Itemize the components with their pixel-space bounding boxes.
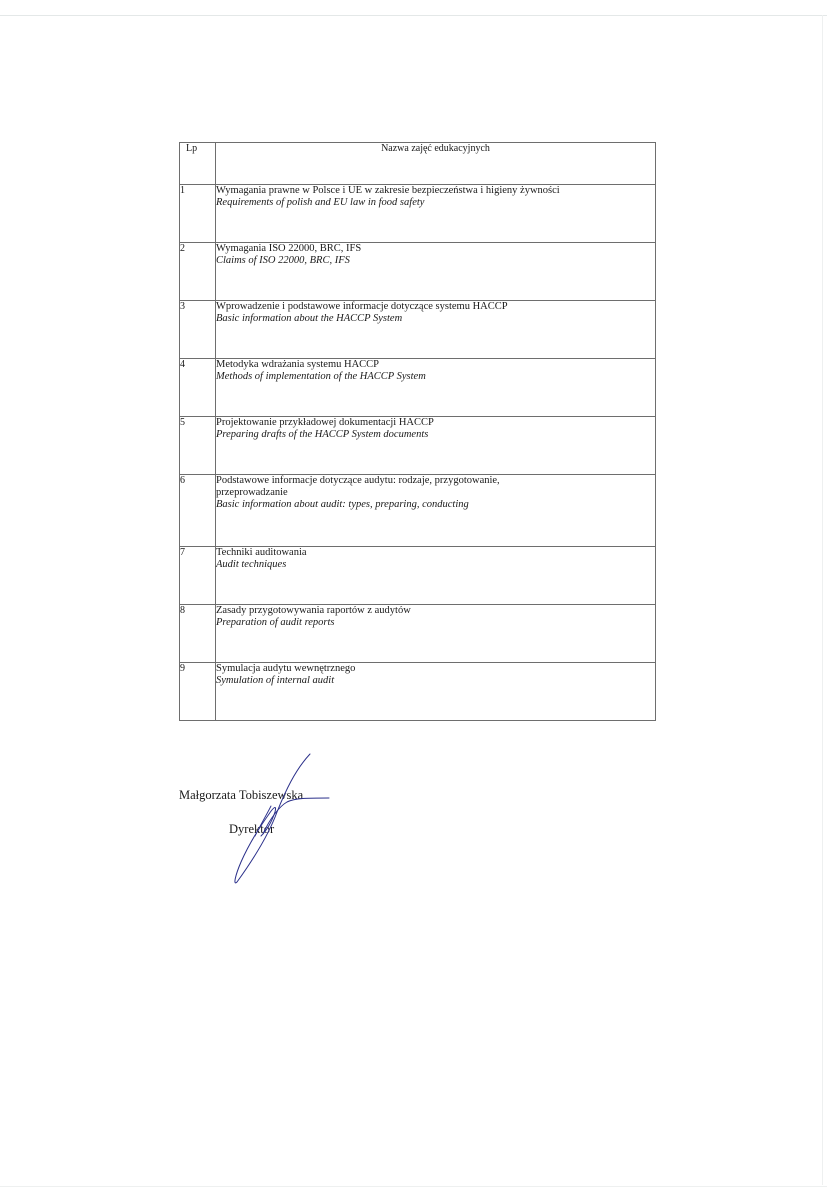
course-name-pl: Techniki auditowania xyxy=(216,547,655,559)
header-course-name: Nazwa zajęć edukacyjnych xyxy=(216,143,656,185)
course-cell: Wymagania ISO 22000, BRC, IFS Claims of … xyxy=(216,243,656,301)
table-row: 9 Symulacja audytu wewnętrznego Symulati… xyxy=(180,663,656,721)
scan-edge-top xyxy=(0,15,827,16)
header-lp: Lp xyxy=(180,143,216,185)
course-cell: Techniki auditowania Audit techniques xyxy=(216,547,656,605)
course-name-pl: Metodyka wdrażania systemu HACCP xyxy=(216,359,655,371)
row-number: 3 xyxy=(180,301,216,359)
course-cell: Metodyka wdrażania systemu HACCP Methods… xyxy=(216,359,656,417)
row-number: 2 xyxy=(180,243,216,301)
table-row: 1 Wymagania prawne w Polsce i UE w zakre… xyxy=(180,185,656,243)
table-row: 6 Podstawowe informacje dotyczące audytu… xyxy=(180,475,656,547)
table-row: 3 Wprowadzenie i podstawowe informacje d… xyxy=(180,301,656,359)
course-name-pl: Symulacja audytu wewnętrznego xyxy=(216,663,655,675)
course-name-en: Preparing drafts of the HACCP System doc… xyxy=(216,429,655,441)
course-name-en: Requirements of polish and EU law in foo… xyxy=(216,197,655,209)
course-name-en: Audit techniques xyxy=(216,559,655,571)
course-cell: Podstawowe informacje dotyczące audytu: … xyxy=(216,475,656,547)
table-row: 4 Metodyka wdrażania systemu HACCP Metho… xyxy=(180,359,656,417)
course-name-pl: Wymagania ISO 22000, BRC, IFS xyxy=(216,243,655,255)
course-cell: Projektowanie przykładowej dokumentacji … xyxy=(216,417,656,475)
course-name-pl: Projektowanie przykładowej dokumentacji … xyxy=(216,417,655,429)
courses-table: Lp Nazwa zajęć edukacyjnych 1 Wymagania … xyxy=(179,142,656,721)
course-name-en: Basic information about the HACCP System xyxy=(216,313,655,325)
course-name-en: Preparation of audit reports xyxy=(216,617,655,629)
course-cell: Symulacja audytu wewnętrznego Symulation… xyxy=(216,663,656,721)
row-number: 7 xyxy=(180,547,216,605)
row-number: 8 xyxy=(180,605,216,663)
handwritten-signature-icon xyxy=(225,752,335,887)
course-name-pl: Wymagania prawne w Polsce i UE w zakresi… xyxy=(216,185,655,197)
course-cell: Zasady przygotowywania raportów z audytó… xyxy=(216,605,656,663)
row-number: 1 xyxy=(180,185,216,243)
table-row: 8 Zasady przygotowywania raportów z audy… xyxy=(180,605,656,663)
course-cell: Wprowadzenie i podstawowe informacje dot… xyxy=(216,301,656,359)
course-cell: Wymagania prawne w Polsce i UE w zakresi… xyxy=(216,185,656,243)
course-name-pl: Wprowadzenie i podstawowe informacje dot… xyxy=(216,301,655,313)
table-row: 2 Wymagania ISO 22000, BRC, IFS Claims o… xyxy=(180,243,656,301)
table-row: 7 Techniki auditowania Audit techniques xyxy=(180,547,656,605)
row-number: 6 xyxy=(180,475,216,547)
scan-edge-bottom xyxy=(0,1186,827,1187)
course-name-pl: Podstawowe informacje dotyczące audytu: … xyxy=(216,475,546,499)
table-header-row: Lp Nazwa zajęć edukacyjnych xyxy=(180,143,656,185)
course-name-en: Claims of ISO 22000, BRC, IFS xyxy=(216,255,655,267)
course-name-en: Symulation of internal audit xyxy=(216,675,655,687)
row-number: 5 xyxy=(180,417,216,475)
course-name-en: Methods of implementation of the HACCP S… xyxy=(216,371,655,383)
row-number: 4 xyxy=(180,359,216,417)
table-row: 5 Projektowanie przykładowej dokumentacj… xyxy=(180,417,656,475)
course-name-pl: Zasady przygotowywania raportów z audytó… xyxy=(216,605,655,617)
scan-edge-right xyxy=(822,15,823,1185)
course-name-en: Basic information about audit: types, pr… xyxy=(216,499,655,511)
row-number: 9 xyxy=(180,663,216,721)
